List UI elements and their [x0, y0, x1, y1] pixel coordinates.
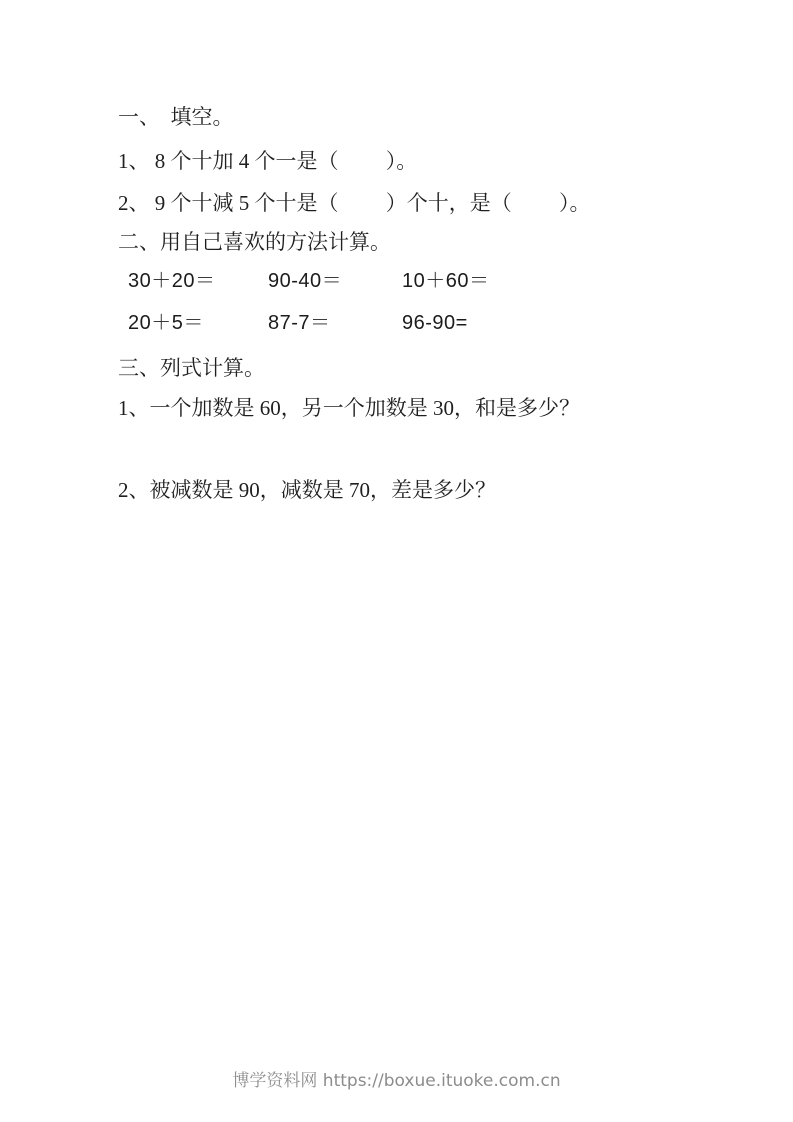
section-3-item-1: 1、一个加数是 60，另一个加数是 30，和是多少？	[118, 395, 580, 421]
section-3-item-2: 2、被减数是 90，减数是 70，差是多少？	[118, 477, 496, 503]
equation-row-2: 20＋5＝ 87-7＝ 96-90=	[128, 310, 468, 336]
section-1-heading: 一、 填空。	[118, 104, 234, 130]
section-1-item-2: 2、 9 个十减 5 个十是（ ）个十，是（ ）。	[118, 190, 591, 216]
equation-row-1: 30＋20＝ 90-40＝ 10＋60＝	[128, 268, 490, 294]
equation: 96-90=	[402, 310, 468, 336]
section-1-item-1: 1、 8 个十加 4 个一是（ ）。	[118, 148, 417, 174]
footer-credit: 博学资料网 https://boxue.ituoke.com.cn	[0, 1066, 793, 1091]
equation: 87-7＝	[268, 310, 402, 336]
worksheet-page: 一、 填空。 1、 8 个十加 4 个一是（ ）。 2、 9 个十减 5 个十是…	[0, 0, 793, 1122]
equation: 30＋20＝	[128, 268, 268, 294]
section-3-heading: 三、列式计算。	[118, 355, 265, 381]
equation: 10＋60＝	[402, 268, 490, 294]
equation: 90-40＝	[268, 268, 402, 294]
equation: 20＋5＝	[128, 310, 268, 336]
section-2-heading: 二、用自己喜欢的方法计算。	[118, 229, 391, 255]
